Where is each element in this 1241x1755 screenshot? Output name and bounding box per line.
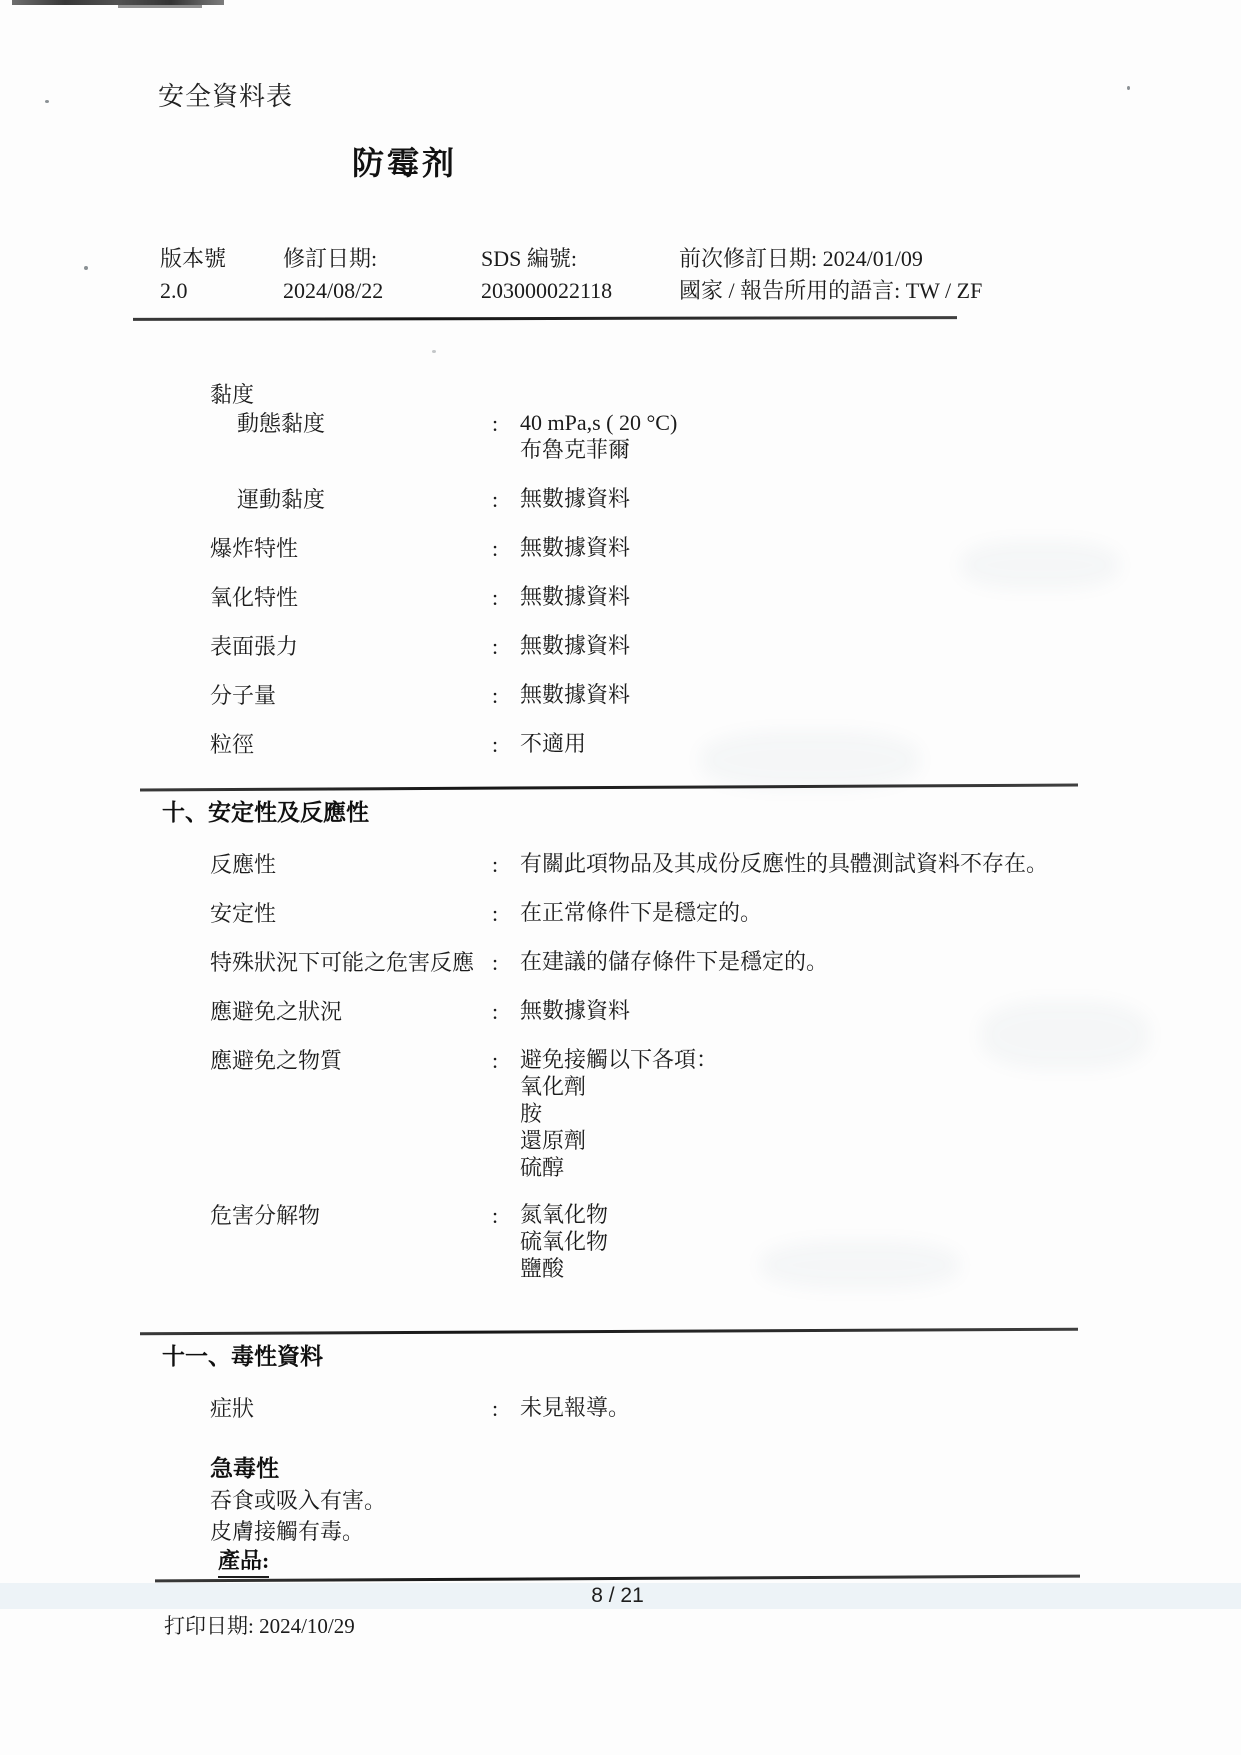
header-version: 版本號 2.0 (160, 243, 226, 307)
property-row: 特殊狀況下可能之危害反應 : 在建議的儲存條件下是穩定的。 (162, 948, 1107, 977)
property-value: 在建議的儲存條件下是穩定的。 (520, 948, 1107, 975)
footer-divider-line (155, 1575, 1080, 1583)
property-label: 危害分解物 (162, 1201, 492, 1282)
property-value: 無數據資料 (520, 997, 1107, 1024)
property-label: 應避免之狀況 (162, 997, 492, 1026)
sds-number-value: 203000022118 (481, 275, 612, 307)
print-date: 打印日期: 2024/10/29 (164, 1610, 355, 1640)
acute-toxicity-statement: 皮膚接觸有毒。 (162, 1518, 1107, 1545)
property-row: 分子量 : 無數據資料 (162, 681, 1107, 710)
property-row: 粒徑 : 不適用 (162, 730, 1107, 759)
section-divider-line (140, 784, 1078, 792)
property-value: 硫醇 (520, 1154, 1107, 1181)
section-title: 十、安定性及反應性 (162, 798, 1107, 828)
product-subheading: 產品: (218, 1544, 269, 1578)
page-number: 8 / 21 (155, 1584, 1080, 1608)
colon: : (492, 632, 520, 661)
colon: : (492, 730, 520, 759)
colon: : (492, 948, 520, 977)
revision-date-label: 修訂日期: (283, 243, 383, 275)
property-row: 表面張力 : 無數據資料 (162, 632, 1107, 661)
property-value: 胺 (520, 1100, 1107, 1127)
property-label: 應避免之物質 (162, 1046, 492, 1181)
viscosity-group-label: 黏度 (162, 380, 1107, 409)
property-value: 不適用 (520, 730, 1107, 757)
property-value: 在正常條件下是穩定的。 (520, 899, 1107, 926)
document-kind: 安全資料表 (158, 76, 293, 113)
property-value: 氧化劑 (520, 1073, 1107, 1100)
property-row: 爆炸特性 : 無數據資料 (162, 534, 1107, 563)
property-value: 無數據資料 (520, 681, 1107, 708)
property-label: 動態黏度 (162, 409, 492, 463)
colon: : (492, 583, 520, 612)
colon: : (492, 1394, 520, 1423)
colon: : (492, 409, 520, 463)
colon: : (492, 997, 520, 1026)
property-value: 氮氧化物 (520, 1201, 1107, 1228)
colon: : (492, 485, 520, 514)
header-divider-line (133, 316, 957, 321)
property-label: 爆炸特性 (162, 534, 492, 563)
physical-properties-block: 黏度 動態黏度 : 40 mPa,s ( 20 °C) 布魯克菲爾 運動黏度 :… (162, 380, 1107, 779)
property-row: 應避免之狀況 : 無數據資料 (162, 997, 1107, 1026)
colon: : (492, 1046, 520, 1181)
property-row: 氧化特性 : 無數據資料 (162, 583, 1107, 612)
property-label: 症狀 (162, 1394, 492, 1423)
property-row: 反應性 : 有關此項物品及其成份反應性的具體測試資料不存在。 (162, 850, 1107, 879)
product-title: 防霉剂 (352, 138, 457, 184)
property-value: 布魯克菲爾 (520, 436, 1107, 463)
property-row: 動態黏度 : 40 mPa,s ( 20 °C) 布魯克菲爾 (162, 409, 1107, 463)
header-prev-revision-language: 前次修訂日期: 2024/01/09 國家 / 報告所用的語言: TW / ZF (679, 243, 982, 307)
section-toxicological-info: 十一、毒性資料 症狀 : 未見報導。 急毒性 吞食或吸入有害。 皮膚接觸有毒。 (162, 1342, 1107, 1545)
colon: : (492, 899, 520, 928)
property-label: 表面張力 (162, 632, 492, 661)
property-value: 無數據資料 (520, 583, 1107, 610)
report-language: 國家 / 報告所用的語言: TW / ZF (679, 275, 982, 307)
section-stability-reactivity: 十、安定性及反應性 反應性 : 有關此項物品及其成份反應性的具體測試資料不存在。… (162, 798, 1107, 1302)
colon: : (492, 534, 520, 563)
colon: : (492, 850, 520, 879)
section-title: 十一、毒性資料 (162, 1342, 1107, 1372)
scan-speck (45, 100, 49, 103)
section-divider-line (140, 1328, 1078, 1336)
version-value: 2.0 (160, 275, 226, 307)
property-label: 粒徑 (162, 730, 492, 759)
property-label: 分子量 (162, 681, 492, 710)
prev-revision-date: 前次修訂日期: 2024/01/09 (679, 243, 982, 275)
property-row: 運動黏度 : 無數據資料 (162, 485, 1107, 514)
colon: : (492, 1201, 520, 1282)
property-label: 運動黏度 (162, 485, 492, 514)
header-revision-date: 修訂日期: 2024/08/22 (283, 243, 383, 307)
scan-speck (432, 350, 436, 353)
property-value: 無數據資料 (520, 485, 1107, 512)
scan-speck (84, 266, 88, 270)
colon: : (492, 681, 520, 710)
property-value: 硫氧化物 (520, 1228, 1107, 1255)
property-value: 無數據資料 (520, 632, 1107, 659)
revision-date-value: 2024/08/22 (283, 275, 383, 307)
sds-document-page: 安全資料表 防霉剂 版本號 2.0 修訂日期: 2024/08/22 SDS 編… (0, 0, 1241, 1755)
scan-speck (1127, 86, 1130, 90)
property-value: 還原劑 (520, 1127, 1107, 1154)
property-value: 未見報導。 (520, 1394, 1107, 1421)
property-value: 避免接觸以下各項： (520, 1046, 1107, 1073)
version-label: 版本號 (160, 243, 226, 275)
acute-toxicity-statement: 吞食或吸入有害。 (162, 1487, 1107, 1514)
property-row: 安定性 : 在正常條件下是穩定的。 (162, 899, 1107, 928)
scan-artifact-bar (118, 5, 202, 8)
header-sds-number: SDS 編號: 203000022118 (481, 243, 612, 307)
property-value: 40 mPa,s ( 20 °C) (520, 409, 1107, 436)
property-label: 特殊狀況下可能之危害反應 (162, 948, 492, 977)
property-label: 氧化特性 (162, 583, 492, 612)
property-row: 危害分解物 : 氮氧化物 硫氧化物 鹽酸 (162, 1201, 1107, 1282)
property-label: 反應性 (162, 850, 492, 879)
sds-number-label: SDS 編號: (481, 243, 612, 275)
property-row: 應避免之物質 : 避免接觸以下各項： 氧化劑 胺 還原劑 硫醇 (162, 1046, 1107, 1181)
property-value: 鹽酸 (520, 1255, 1107, 1282)
acute-toxicity-heading: 急毒性 (162, 1454, 1107, 1483)
property-label: 安定性 (162, 899, 492, 928)
property-value: 有關此項物品及其成份反應性的具體測試資料不存在。 (520, 850, 1107, 877)
property-value: 無數據資料 (520, 534, 1107, 561)
property-row: 症狀 : 未見報導。 (162, 1394, 1107, 1423)
